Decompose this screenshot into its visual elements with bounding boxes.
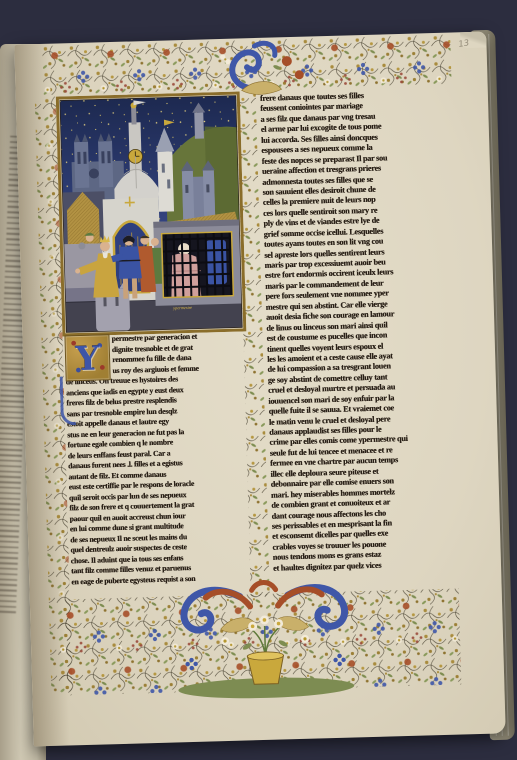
photo-background: { "page": { "folio_number": "13" }, "man… [0, 0, 517, 760]
right-column-text: frere danaus que toutes ses fillesfeusse… [260, 89, 464, 574]
prison-window: ypermestre [153, 220, 241, 311]
drop-cap-initial: Y [64, 334, 110, 381]
folio-number: 13 [458, 38, 470, 50]
miniature-caption: ypermestre [172, 305, 192, 311]
miniature: ypermestre [56, 91, 247, 336]
manuscript-page: 13 [14, 32, 505, 747]
